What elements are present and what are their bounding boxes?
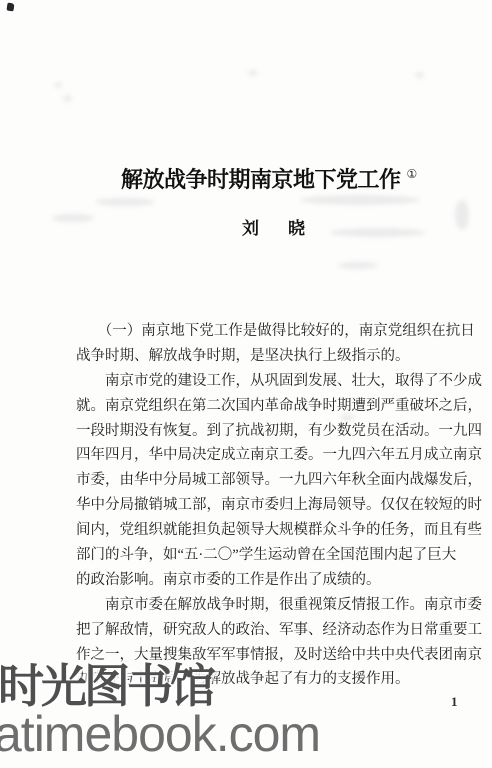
page-number: 1 xyxy=(451,694,458,710)
ink-smudge xyxy=(300,195,420,205)
body-text-line: 间内，党组织就能担负起领导大规模群众斗争的任务，而且有些 xyxy=(76,518,486,543)
ink-smudge xyxy=(52,214,94,222)
body-text-line: 市委，由华中分局城工部领导。一九四六年秋全面内战爆发后， xyxy=(76,468,486,493)
ink-smudge xyxy=(415,72,424,78)
ink-smudge xyxy=(63,95,72,102)
article-body: （一）南京地下党工作是做得比较好的，南京党组织在抗日 战争时期、解放战争时期，是… xyxy=(76,319,486,692)
ink-smudge xyxy=(95,198,155,206)
ink-smudge xyxy=(338,262,378,269)
body-text-line: 战争时期、解放战争时期，是坚决执行上级指示的。 xyxy=(76,344,486,369)
body-text-line: 把了解敌情，研究敌人的政治、军事、经济动态作为日常重要工 xyxy=(76,618,486,643)
scanned-book-page: 解放战争时期南京地下党工作① 刘 晓 （一）南京地下党工作是做得比较好的，南京党… xyxy=(0,0,492,768)
article-title-text: 解放战争时期南京地下党工作 xyxy=(121,167,401,192)
body-text-line: 华中分局撤销城工部，南京市委归上海局领导。仅仅在较短的时 xyxy=(76,493,486,518)
author-given-name: 晓 xyxy=(288,219,305,239)
footnote-reference-marker: ① xyxy=(407,167,418,181)
author-surname: 刘 xyxy=(242,219,259,239)
body-text-line: 南京市委在解放战争时期，很重视策反情报工作。南京市委 xyxy=(76,593,486,618)
ink-smudge xyxy=(248,70,258,76)
scan-artifact-speck xyxy=(6,3,14,12)
body-text-line: 部门的斗争，如“五·二〇”学生运动曾在全国范围内起了巨大 xyxy=(76,543,486,568)
body-text-line: 的政治影响。南京市委的工作是作出了成绩的。 xyxy=(76,568,486,593)
body-text-line: 就。南京党组织在第二次国内革命战争时期遭到严重破坏之后， xyxy=(76,394,486,419)
body-text-line: 南京市党的建设工作，从巩固到发展、壮大，取得了不少成 xyxy=(76,369,486,394)
watermark-library-name: 时光图书馆 xyxy=(0,661,213,711)
article-title: 解放战争时期南京地下党工作① xyxy=(121,161,417,193)
watermark-site-url: atimebook.com xyxy=(0,706,320,762)
body-text-line: 四年四月，华中局决定成立南京工委。一九四六年五月成立南京 xyxy=(76,443,486,468)
ink-smudge xyxy=(455,200,469,230)
body-text-line: （一）南京地下党工作是做得比较好的，南京党组织在抗日 xyxy=(76,319,486,344)
ink-smudge xyxy=(330,228,425,237)
ink-smudge xyxy=(55,82,62,88)
body-text-line: 一段时期没有恢复。到了抗战初期，有少数党员在活动。一九四 xyxy=(76,419,486,444)
author-byline: 刘 晓 xyxy=(242,219,305,239)
